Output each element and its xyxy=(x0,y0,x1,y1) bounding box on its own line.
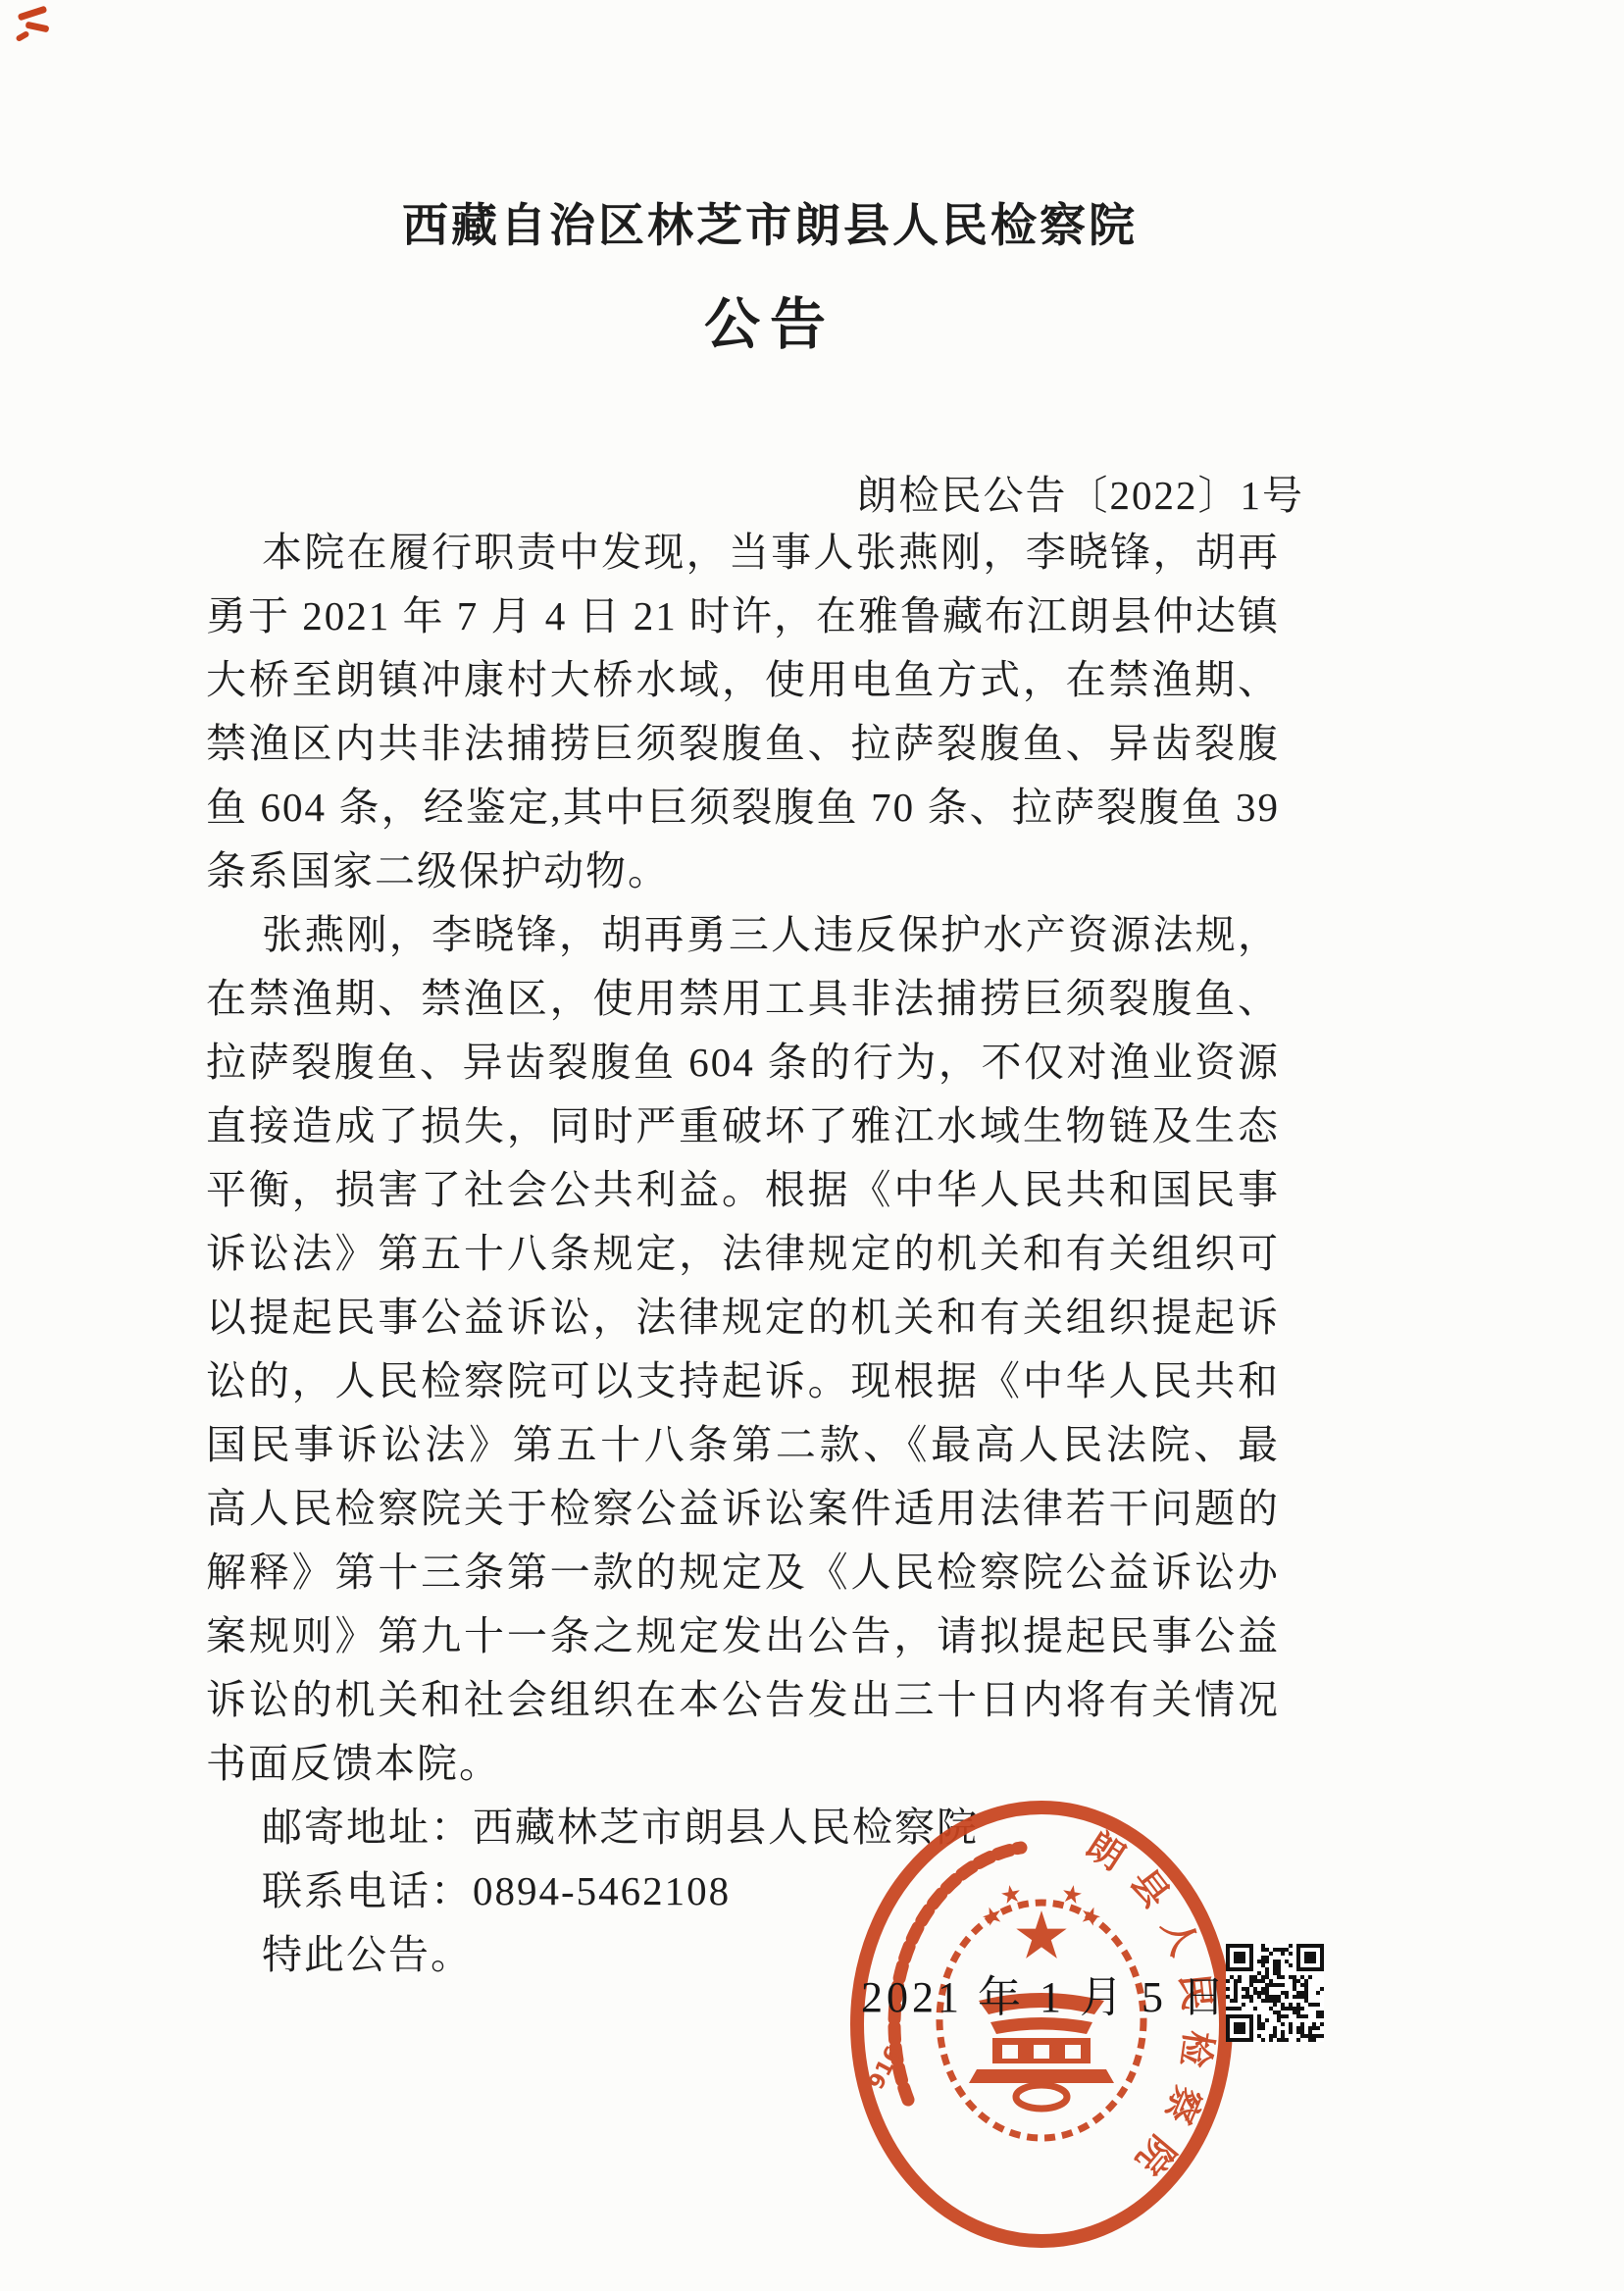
document-page: 西藏自治区林芝市朗县人民检察院 公告 朗检民公告〔2022〕1号 本院在履行职责… xyxy=(0,0,1624,2291)
paragraph-1: 本院在履行职责中发现，当事人张燕刚，李晓锋，胡再勇于 2021 年 7 月 4 … xyxy=(206,521,1280,903)
phone-label: 联系电话： xyxy=(262,1868,473,1913)
red-corner-artifact xyxy=(16,6,61,45)
page-title: 西藏自治区林芝市朗县人民检察院 xyxy=(206,196,1334,257)
phone-value: 0894-5462108 xyxy=(473,1868,731,1913)
announcement-title: 公告 xyxy=(206,290,1334,361)
doc-number: 朗检民公告〔2022〕1号 xyxy=(206,463,1304,521)
announcement-body: 本院在履行职责中发现，当事人张燕刚，李晓锋，胡再勇于 2021 年 7 月 4 … xyxy=(206,521,1280,1987)
official-seal: 朗县人民检察院 xyxy=(843,1797,1240,2252)
mailing-address-label: 邮寄地址： xyxy=(262,1805,473,1850)
paragraph-2: 张燕刚，李晓锋，胡再勇三人违反保护水产资源法规，在禁渔期、禁渔区，使用禁用工具非… xyxy=(206,903,1280,1796)
date-line: 2021 年 1 月 5 日 xyxy=(861,1961,1312,2024)
seal-emblem-stars xyxy=(981,1884,1103,1959)
